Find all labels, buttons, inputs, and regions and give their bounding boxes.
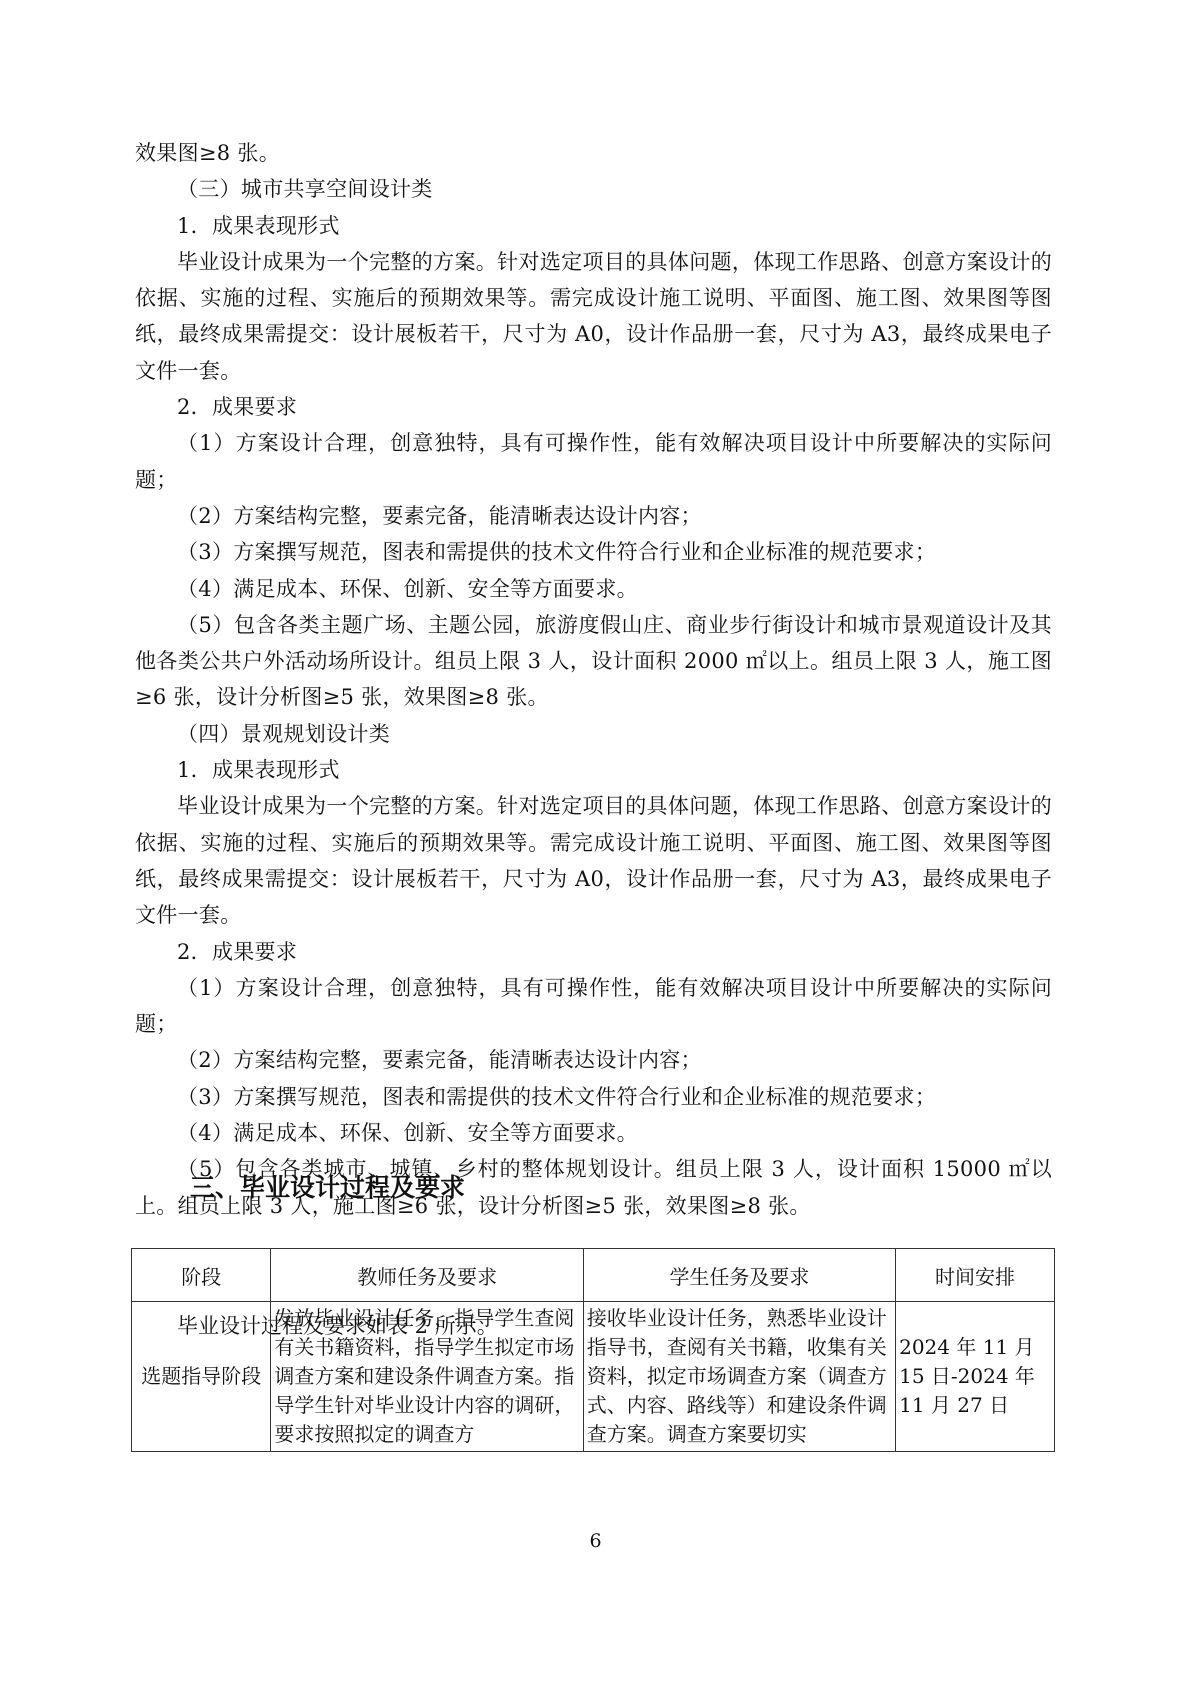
paragraph: （3）方案撰写规范，图表和需提供的技术文件符合行业和企业标准的规范要求； — [135, 1079, 1052, 1115]
paragraph: （1）方案设计合理，创意独特，具有可操作性，能有效解决项目设计中所要解决的实际问… — [135, 970, 1052, 1043]
body-text: 效果图≥8 张。 （三）城市共享空间设计类 1．成果表现形式 毕业设计成果为一个… — [135, 135, 1052, 1224]
item-heading: 2．成果要求 — [135, 934, 1052, 970]
header-teacher: 教师任务及要求 — [271, 1249, 583, 1302]
subsection-heading: （四）景观规划设计类 — [135, 716, 1052, 752]
process-table: 阶段 教师任务及要求 学生任务及要求 时间安排 选题指导阶段 发放毕业设计任务，… — [131, 1248, 1055, 1452]
paragraph: （4）满足成本、环保、创新、安全等方面要求。 — [135, 571, 1052, 607]
item-heading: 1．成果表现形式 — [135, 208, 1052, 244]
item-heading: 2．成果要求 — [135, 389, 1052, 425]
page-number: 6 — [0, 1530, 1191, 1552]
cell-stage: 选题指导阶段 — [132, 1302, 271, 1452]
table-row: 选题指导阶段 发放毕业设计任务，指导学生查阅有关书籍资料，指导学生拟定市场调查方… — [132, 1302, 1055, 1452]
item-heading: 1．成果表现形式 — [135, 752, 1052, 788]
table-header-row: 阶段 教师任务及要求 学生任务及要求 时间安排 — [132, 1249, 1055, 1302]
paragraph: （1）方案设计合理，创意独特，具有可操作性，能有效解决项目设计中所要解决的实际问… — [135, 425, 1052, 498]
paragraph: 效果图≥8 张。 — [135, 135, 1052, 171]
header-schedule: 时间安排 — [896, 1249, 1055, 1302]
section-heading: 三、毕业设计过程及要求 — [190, 1168, 465, 1204]
cell-student: 接收毕业设计任务，熟悉毕业设计指导书，查阅有关书籍，收集有关资料，拟定市场调查方… — [583, 1302, 895, 1452]
paragraph: （2）方案结构完整，要素完备，能清晰表达设计内容； — [135, 1042, 1052, 1078]
paragraph: （2）方案结构完整，要素完备，能清晰表达设计内容； — [135, 498, 1052, 534]
paragraph: （5）包含各类主题广场、主题公园，旅游度假山庄、商业步行街设计和城市景观道设计及… — [135, 607, 1052, 716]
subsection-heading: （三）城市共享空间设计类 — [135, 171, 1052, 207]
paragraph: 毕业设计成果为一个完整的方案。针对选定项目的具体问题，体现工作思路、创意方案设计… — [135, 788, 1052, 933]
paragraph: （3）方案撰写规范，图表和需提供的技术文件符合行业和企业标准的规范要求； — [135, 534, 1052, 570]
cell-teacher: 发放毕业设计任务，指导学生查阅有关书籍资料，指导学生拟定市场调查方案和建设条件调… — [271, 1302, 583, 1452]
cell-schedule: 2024 年 11 月 15 日-2024 年 11 月 27 日 — [896, 1302, 1055, 1452]
header-stage: 阶段 — [132, 1249, 271, 1302]
paragraph: 毕业设计成果为一个完整的方案。针对选定项目的具体问题，体现工作思路、创意方案设计… — [135, 244, 1052, 389]
header-student: 学生任务及要求 — [583, 1249, 895, 1302]
paragraph: （4）满足成本、环保、创新、安全等方面要求。 — [135, 1115, 1052, 1151]
